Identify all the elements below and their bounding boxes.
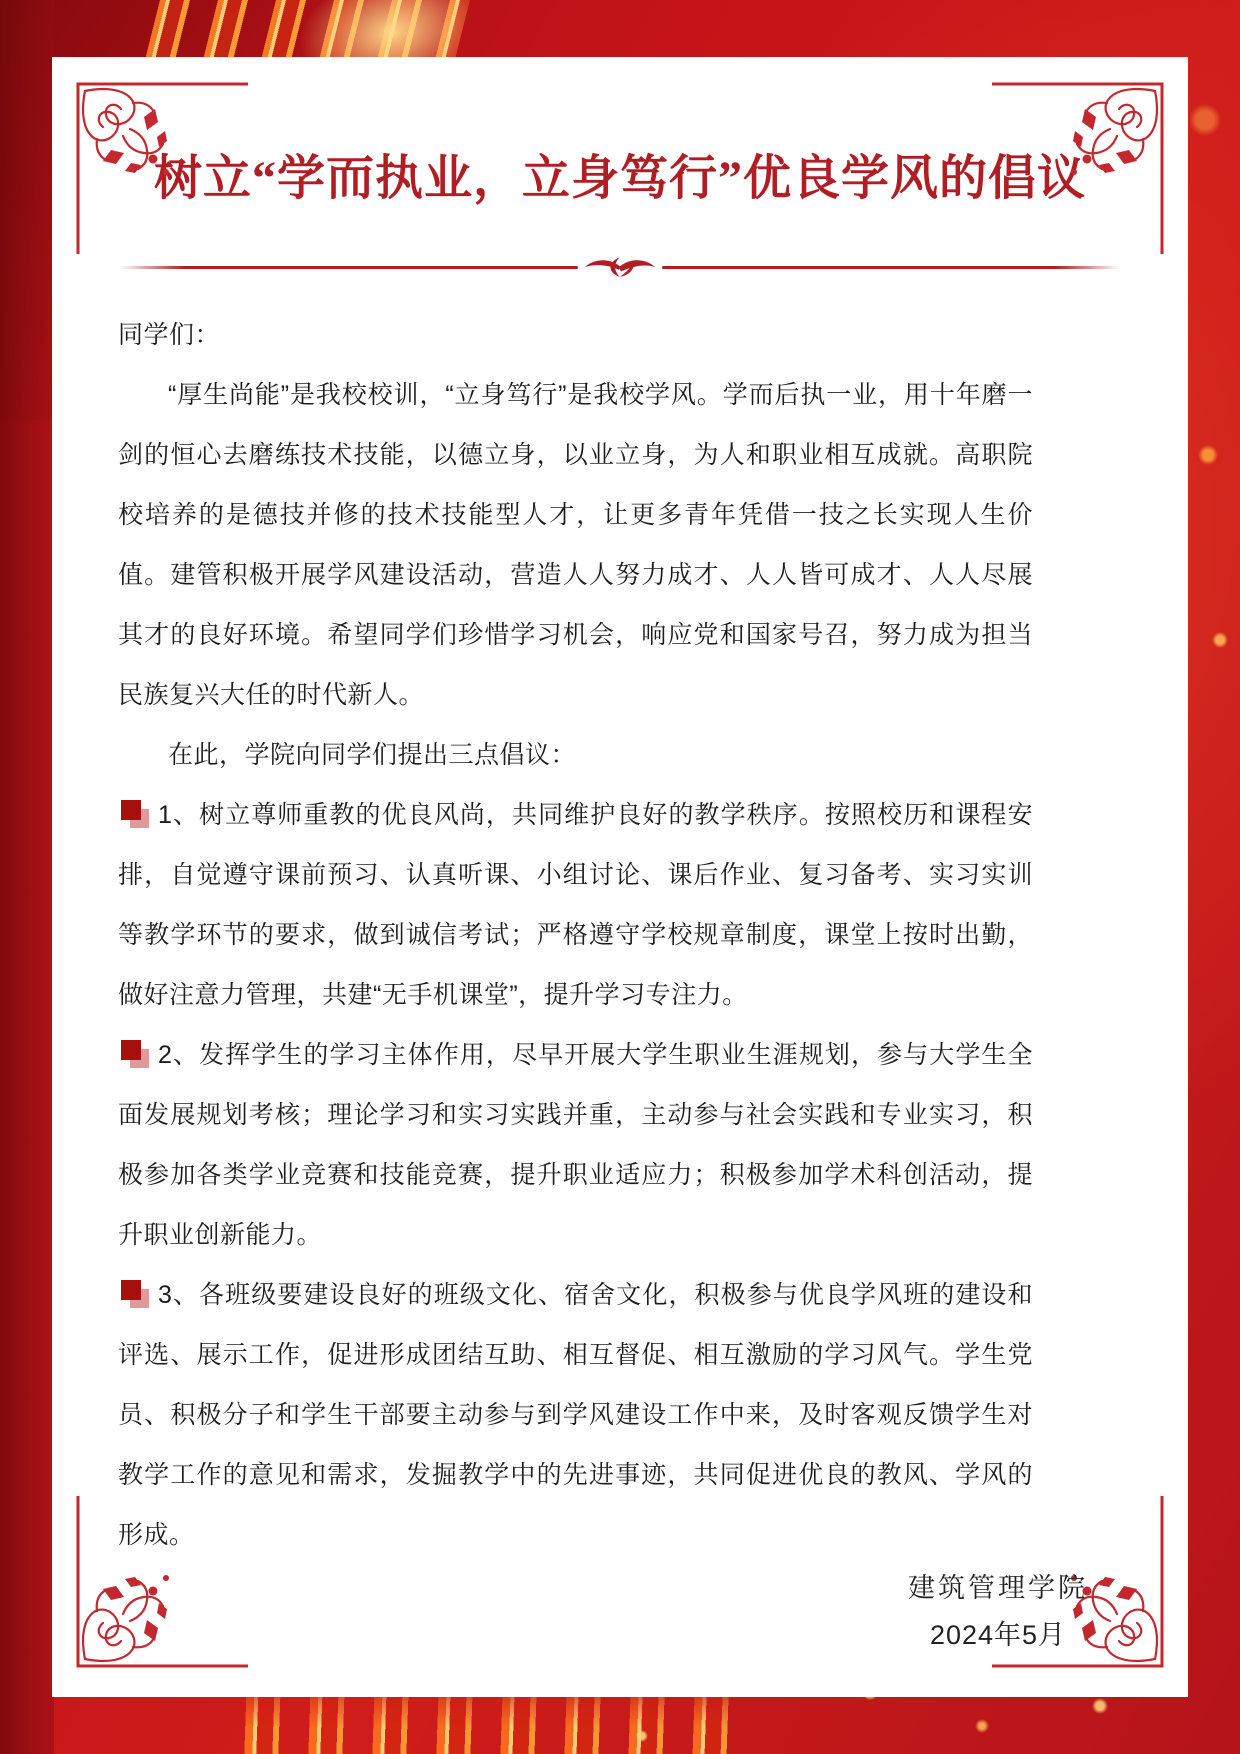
letter-body: 同学们： “厚生尚能”是我校校训，“立身笃行”是我校学风。学而后执一业，用十年磨… — [118, 305, 1033, 1565]
intro-paragraph: “厚生尚能”是我校校训，“立身笃行”是我校学风。学而后执一业，用十年磨一剑的恒心… — [118, 365, 1033, 725]
filigree-corner-icon — [73, 1496, 248, 1671]
double-square-bullet-icon — [120, 1279, 150, 1309]
divider-line-left — [120, 266, 578, 269]
feather-swirl-icon — [584, 253, 656, 281]
salutation: 同学们： — [118, 305, 1033, 365]
filigree-corner-icon — [992, 79, 1167, 254]
document-card: 树立“学而执业，立身笃行”优良学风的倡议 同学们： “厚生尚能”是我校校训，“立… — [52, 57, 1188, 1697]
lead-in-paragraph: 在此，学院向同学们提出三点倡议： — [118, 725, 1033, 785]
proposal-text-3: 3、各班级要建设良好的班级文化、宿舍文化，积极参与优良学风班的建设和评选、展示工… — [118, 1281, 1033, 1549]
signature-date: 2024年5月 — [908, 1620, 1088, 1650]
proposal-item-2: 2、发挥学生的学习主体作用，尽早开展大学生职业生涯规划，参与大学生全面发展规划考… — [118, 1025, 1033, 1265]
signature-block: 建筑管理学院 2024年5月 — [908, 1573, 1088, 1650]
double-square-bullet-icon — [120, 799, 150, 829]
signature-organization: 建筑管理学院 — [908, 1573, 1088, 1603]
double-square-bullet-icon — [120, 1039, 150, 1069]
filigree-corner-icon — [73, 79, 248, 254]
poster-page: 树立“学而执业，立身笃行”优良学风的倡议 同学们： “厚生尚能”是我校校训，“立… — [0, 0, 1240, 1754]
proposal-item-1: 1、树立尊师重教的优良风尚，共同维护良好的教学秩序。按照校历和课程安排，自觉遵守… — [118, 785, 1033, 1025]
proposal-item-3: 3、各班级要建设良好的班级文化、宿舍文化，积极参与优良学风班的建设和评选、展示工… — [118, 1265, 1033, 1565]
proposal-text-1: 1、树立尊师重教的优良风尚，共同维护良好的教学秩序。按照校历和课程安排，自觉遵守… — [118, 801, 1033, 1009]
title-divider — [120, 253, 1120, 281]
proposal-text-2: 2、发挥学生的学习主体作用，尽早开展大学生职业生涯规划，参与大学生全面发展规划考… — [118, 1041, 1033, 1249]
divider-line-right — [662, 266, 1120, 269]
